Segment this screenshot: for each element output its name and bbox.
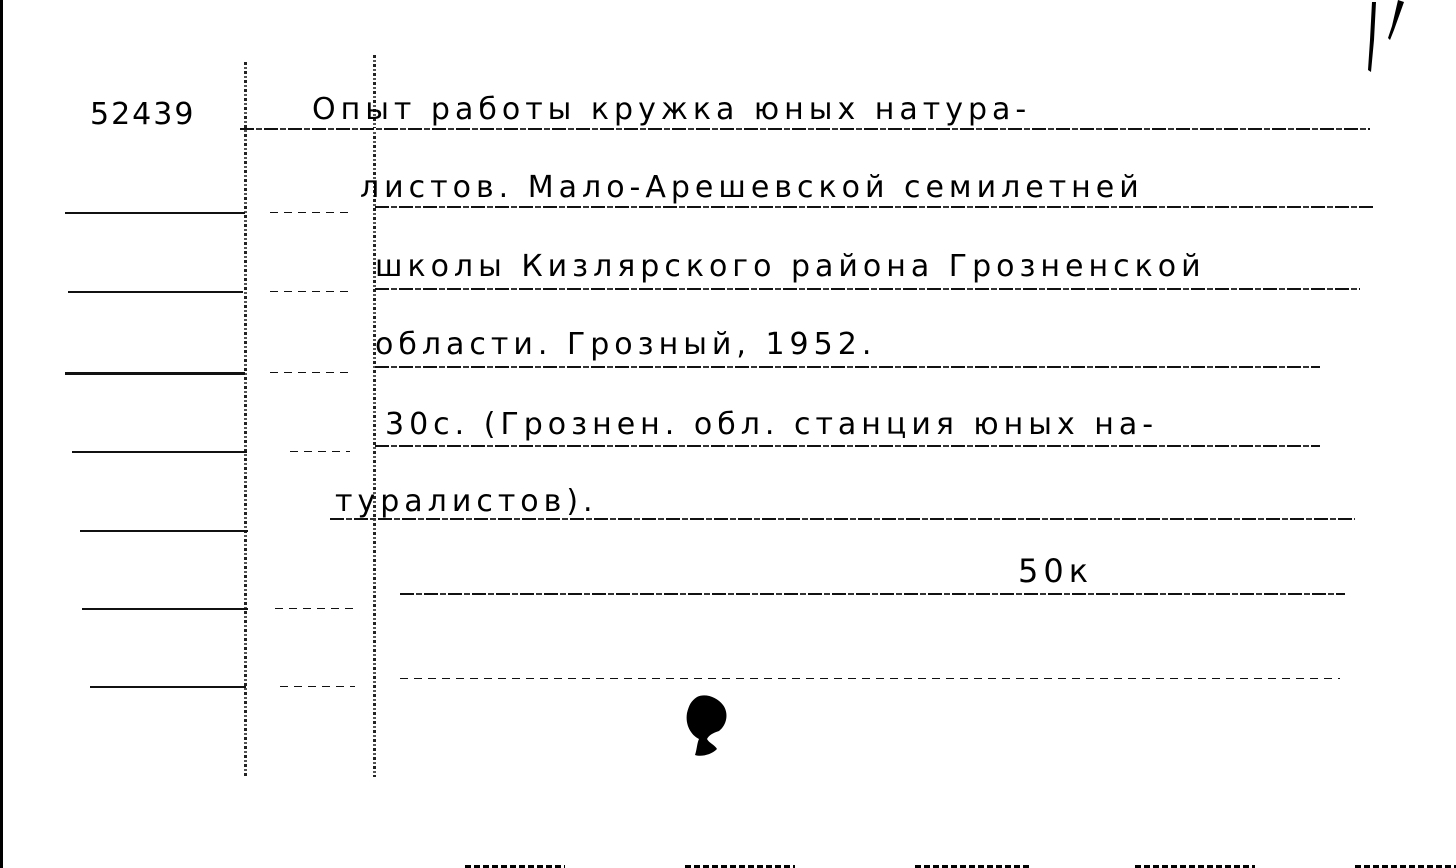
- ruled-line: [270, 212, 350, 213]
- card-line-6: туралистов).: [335, 487, 598, 517]
- margin-rule-left: [244, 62, 247, 777]
- margin-rule-right: [373, 55, 376, 777]
- text-underline: [375, 288, 1360, 290]
- ink-blot-icon: [683, 693, 731, 761]
- text-underline: [375, 445, 1320, 447]
- text-underline: [400, 593, 1345, 595]
- ruled-line: [82, 608, 248, 610]
- card-left-edge: [0, 0, 3, 868]
- ruled-line: [290, 451, 350, 452]
- ruled-line: [65, 212, 245, 214]
- ruled-line: [90, 686, 246, 688]
- card-line-4: области. Грозный, 1952.: [375, 330, 876, 360]
- check-mark-icon: [1368, 0, 1408, 75]
- ruled-line: [275, 608, 355, 609]
- text-underline: [375, 366, 1320, 368]
- ruled-line: [270, 372, 350, 373]
- ruled-line: [270, 291, 350, 292]
- ruled-line: [280, 686, 355, 687]
- card-line-3: школы Кизлярского района Грозненской: [375, 252, 1206, 282]
- card-line-5: 30с. (Грознен. обл. станция юных на-: [385, 410, 1158, 440]
- price: 50к: [1018, 555, 1093, 587]
- catalog-number: 52439: [90, 100, 195, 130]
- catalog-card: 52439 Опыт работы кружка юных натура- ли…: [0, 0, 1456, 868]
- text-underline: [240, 128, 1370, 130]
- ruled-line: [80, 530, 248, 532]
- ruled-line: [68, 291, 243, 293]
- text-underline: [375, 206, 1375, 208]
- card-line-2: листов. Мало-Арешевской семилетней: [360, 173, 1144, 203]
- card-line-1: Опыт работы кружка юных натура-: [312, 95, 1031, 125]
- ruled-line: [65, 372, 245, 375]
- ruled-line: [72, 451, 247, 453]
- ruled-line: [400, 678, 1340, 679]
